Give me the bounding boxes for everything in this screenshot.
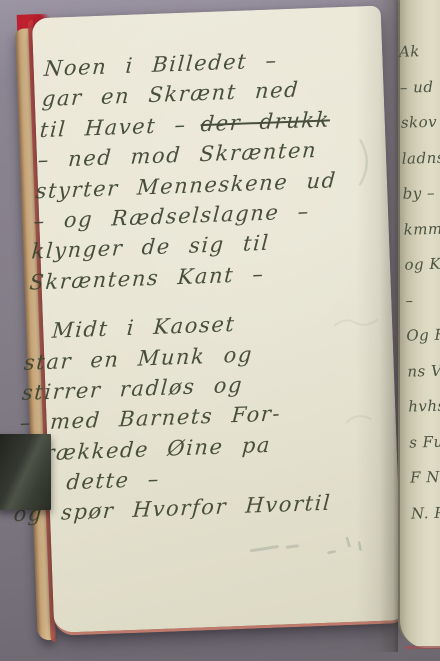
strikethrough-text xyxy=(294,401,296,425)
strikethrough-text xyxy=(330,138,332,162)
handwriting-fragment: skov xyxy=(400,104,440,141)
notebook-photo: Noen i Billedet –gar en Skrænt nedtil Ha… xyxy=(0,0,440,661)
strikethrough-text xyxy=(283,231,285,255)
left-page-block: Noen i Billedet –gar en Skrænt nedtil Ha… xyxy=(15,6,403,637)
handwriting-fragment: Ak xyxy=(399,33,440,70)
handwriting-line-text: star en Munk og xyxy=(23,342,254,374)
strikethrough-text xyxy=(284,432,286,456)
left-page: Noen i Billedet –gar en Skrænt nedtil Ha… xyxy=(32,6,403,636)
handwriting-fragment: F Nov xyxy=(410,459,440,496)
strikethrough-text xyxy=(173,466,175,490)
handwriting-fragment: Og Fa xyxy=(406,317,440,354)
handwriting-line-text: Skræntens Kant – xyxy=(29,262,266,295)
strikethrough-text xyxy=(249,312,251,336)
handwriting-line-text: til Havet – xyxy=(39,112,187,141)
strikethrough-text xyxy=(256,372,258,396)
strikethrough-text xyxy=(344,491,346,515)
handwriting-fragment: hvhs xyxy=(408,388,440,425)
handwriting-fragment: – xyxy=(405,282,440,319)
right-page-sliver: Ak– udskovladnsby –kmmog Ko–Og Fans Vuhv… xyxy=(398,0,440,648)
handwriting-fragment: – ud xyxy=(399,69,440,106)
strikethrough-text xyxy=(350,167,352,191)
strikethrough-text xyxy=(278,261,280,285)
handwriting-line-text: stirrer radløs og xyxy=(21,373,244,405)
strikethrough-text xyxy=(266,341,268,365)
handwriting-line-text: Midt i Kaoset xyxy=(51,312,236,343)
handwriting-fragment: N. P w xyxy=(411,495,440,532)
right-page-fragments: Ak– udskovladnsby –kmmog Ko–Og Fans Vuhv… xyxy=(399,33,440,531)
handwriting-fragment: ns Vu xyxy=(407,353,440,390)
strikethrough-text xyxy=(323,199,325,223)
handwriting-fragment: s Fugl xyxy=(409,424,440,461)
strikethrough-text: der drukk xyxy=(200,107,331,136)
handwriting-fragment: og Ko xyxy=(404,246,440,283)
handwriting-fragment: kmm xyxy=(403,211,440,248)
page-weight-clip xyxy=(0,434,51,510)
strikethrough-text xyxy=(291,48,293,72)
handwritten-text: Noen i Billedet –gar en Skrænt nedtil Ha… xyxy=(13,42,377,531)
handwriting-fragment: by – xyxy=(402,175,440,212)
handwriting-fragment: ladns xyxy=(401,140,440,177)
strikethrough-text xyxy=(312,77,314,101)
